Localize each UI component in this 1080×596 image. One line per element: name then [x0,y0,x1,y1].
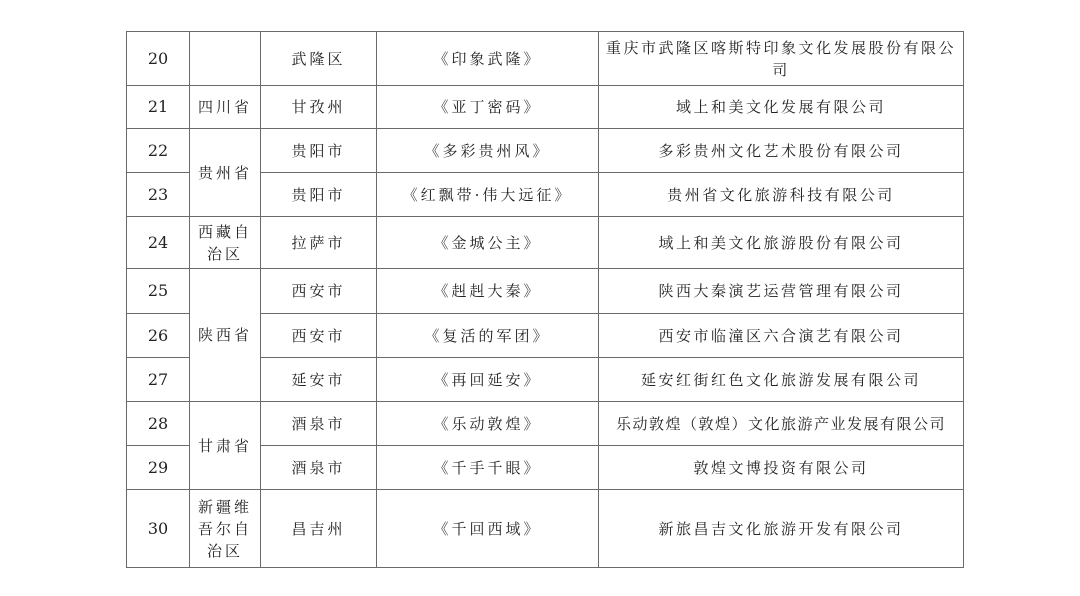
table-row: 25 陕西省 西安市 《赳赳大秦》 陕西大秦演艺运营管理有限公司 [127,269,964,314]
city-cell: 酒泉市 [261,446,377,490]
row-number: 25 [127,269,190,314]
city-cell: 酒泉市 [261,402,377,446]
row-number: 27 [127,358,190,402]
show-title-cell: 《千手千眼》 [377,446,599,490]
province-cell: 甘肃省 [190,402,261,490]
row-number: 20 [127,32,190,86]
table-row: 28 甘肃省 酒泉市 《乐动敦煌》 乐动敦煌（敦煌）文化旅游产业发展有限公司 [127,402,964,446]
company-cell: 域上和美文化发展有限公司 [599,86,964,129]
province-cell: 贵州省 [190,129,261,217]
row-number: 21 [127,86,190,129]
show-title-cell: 《多彩贵州风》 [377,129,599,173]
province-cell: 西藏自治区 [190,217,261,269]
city-cell: 甘孜州 [261,86,377,129]
show-title-cell: 《复活的军团》 [377,314,599,358]
show-title-cell: 《赳赳大秦》 [377,269,599,314]
company-cell: 新旅昌吉文化旅游开发有限公司 [599,490,964,568]
city-cell: 贵阳市 [261,173,377,217]
province-cell: 新疆维吾尔自治区 [190,490,261,568]
city-cell: 延安市 [261,358,377,402]
row-number: 29 [127,446,190,490]
company-cell: 敦煌文博投资有限公司 [599,446,964,490]
row-number: 24 [127,217,190,269]
company-cell: 乐动敦煌（敦煌）文化旅游产业发展有限公司 [599,402,964,446]
company-cell: 贵州省文化旅游科技有限公司 [599,173,964,217]
company-cell: 西安市临潼区六合演艺有限公司 [599,314,964,358]
row-number: 28 [127,402,190,446]
city-cell: 昌吉州 [261,490,377,568]
city-cell: 西安市 [261,314,377,358]
company-cell: 陕西大秦演艺运营管理有限公司 [599,269,964,314]
show-title-cell: 《红飘带·伟大远征》 [377,173,599,217]
show-title-cell: 《印象武隆》 [377,32,599,86]
company-cell: 重庆市武隆区喀斯特印象文化发展股份有限公司 [599,32,964,86]
row-number: 23 [127,173,190,217]
company-cell: 多彩贵州文化艺术股份有限公司 [599,129,964,173]
show-title-cell: 《再回延安》 [377,358,599,402]
performance-table: 20 武隆区 《印象武隆》 重庆市武隆区喀斯特印象文化发展股份有限公司 21 四… [126,31,964,568]
table-row: 24 西藏自治区 拉萨市 《金城公主》 域上和美文化旅游股份有限公司 [127,217,964,269]
show-title-cell: 《金城公主》 [377,217,599,269]
province-cell: 陕西省 [190,269,261,402]
show-title-cell: 《亚丁密码》 [377,86,599,129]
row-number: 30 [127,490,190,568]
city-cell: 西安市 [261,269,377,314]
table-row: 22 贵州省 贵阳市 《多彩贵州风》 多彩贵州文化艺术股份有限公司 [127,129,964,173]
table-row: 20 武隆区 《印象武隆》 重庆市武隆区喀斯特印象文化发展股份有限公司 [127,32,964,86]
city-cell: 拉萨市 [261,217,377,269]
company-cell: 域上和美文化旅游股份有限公司 [599,217,964,269]
row-number: 26 [127,314,190,358]
table-row: 21 四川省 甘孜州 《亚丁密码》 域上和美文化发展有限公司 [127,86,964,129]
row-number: 22 [127,129,190,173]
city-cell: 武隆区 [261,32,377,86]
show-title-cell: 《千回西域》 [377,490,599,568]
province-cell: 四川省 [190,86,261,129]
company-cell: 延安红街红色文化旅游发展有限公司 [599,358,964,402]
province-cell [190,32,261,86]
table-row: 30 新疆维吾尔自治区 昌吉州 《千回西域》 新旅昌吉文化旅游开发有限公司 [127,490,964,568]
show-title-cell: 《乐动敦煌》 [377,402,599,446]
city-cell: 贵阳市 [261,129,377,173]
